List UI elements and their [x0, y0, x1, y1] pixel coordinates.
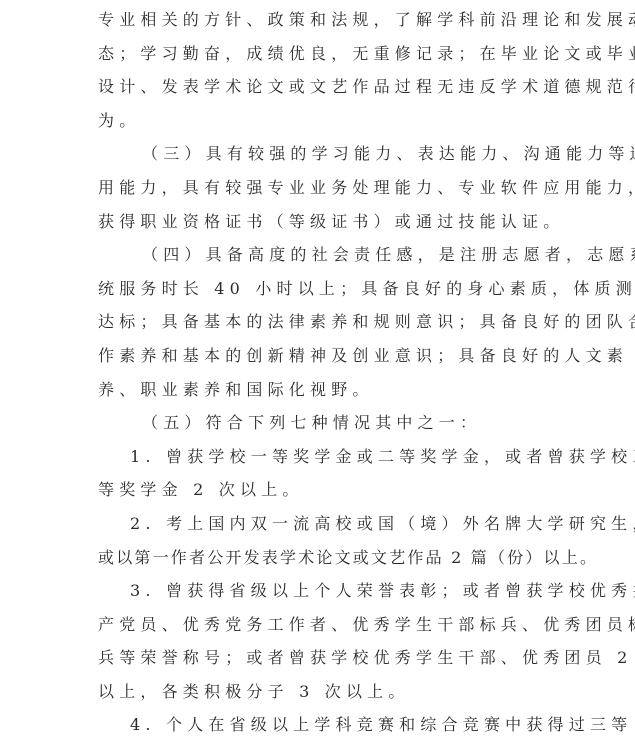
text-line: 2. 考上国内双一流高校或国（境）外名牌大学研究生， [98, 507, 540, 541]
text-line: 用能力，具有较强专业业务处理能力、专业软件应用能力， [98, 171, 540, 205]
text-line: 统服务时长 40 小时以上；具备良好的身心素质，体质测试 [98, 272, 540, 306]
paragraph-sub-1: 1. 曾获学校一等奖学金或二等奖学金，或者曾获学校三 等奖学金 2 次以上。 [98, 440, 540, 507]
text-line: （三）具有较强的学习能力、表达能力、沟通能力等通 [98, 137, 540, 171]
text-line: 1. 曾获学校一等奖学金或二等奖学金，或者曾获学校三 [98, 440, 540, 474]
text-line: 兵等荣誉称号；或者曾获学校优秀学生干部、优秀团员 2 次 [98, 641, 540, 675]
text-line: 4. 个人在省级以上学科竞赛和综合竞赛中获得过三等 [98, 708, 540, 742]
text-line: 3. 曾获得省级以上个人荣誉表彰；或者曾获学校优秀共 [98, 574, 540, 608]
text-line: 以上，各类积极分子 3 次以上。 [98, 675, 540, 709]
text-line: 产党员、优秀党务工作者、优秀学生干部标兵、优秀团员标 [98, 608, 540, 642]
text-line: （五）符合下列七种情况其中之一： [98, 406, 540, 440]
text-line: 为。 [98, 104, 540, 138]
text-line: 作素养和基本的创新精神及创业意识；具备良好的人文素 [98, 339, 540, 373]
paragraph-sub-4: 4. 个人在省级以上学科竞赛和综合竞赛中获得过三等 [98, 708, 540, 742]
text-line: 养、职业素养和国际化视野。 [98, 373, 540, 407]
text-line: 等奖学金 2 次以上。 [98, 473, 540, 507]
text-line: 设计、发表学术论文或文艺作品过程无违反学术道德规范行 [98, 70, 540, 104]
document-page: 专业相关的方针、政策和法规，了解学科前沿理论和发展动 态；学习勤奋，成绩优良，无… [98, 3, 540, 742]
text-line: 专业相关的方针、政策和法规，了解学科前沿理论和发展动 [98, 3, 540, 37]
text-line: 获得职业资格证书（等级证书）或通过技能认证。 [98, 205, 540, 239]
paragraph-item-4: （四）具备高度的社会责任感，是注册志愿者，志愿系 统服务时长 40 小时以上；具… [98, 238, 540, 406]
paragraph-item-5: （五）符合下列七种情况其中之一： [98, 406, 540, 440]
text-line: 态；学习勤奋，成绩优良，无重修记录；在毕业论文或毕业 [98, 37, 540, 71]
text-line: （四）具备高度的社会责任感，是注册志愿者，志愿系 [98, 238, 540, 272]
text-line: 或以第一作者公开发表学术论文或文艺作品 2 篇（份）以上。 [98, 541, 540, 575]
text-line: 达标；具备基本的法律素养和规则意识；具备良好的团队合 [98, 305, 540, 339]
paragraph-item-3: （三）具有较强的学习能力、表达能力、沟通能力等通 用能力，具有较强专业业务处理能… [98, 137, 540, 238]
paragraph-sub-3: 3. 曾获得省级以上个人荣誉表彰；或者曾获学校优秀共 产党员、优秀党务工作者、优… [98, 574, 540, 708]
paragraph-continuation: 专业相关的方针、政策和法规，了解学科前沿理论和发展动 态；学习勤奋，成绩优良，无… [98, 3, 540, 137]
paragraph-sub-2: 2. 考上国内双一流高校或国（境）外名牌大学研究生， 或以第一作者公开发表学术论… [98, 507, 540, 574]
